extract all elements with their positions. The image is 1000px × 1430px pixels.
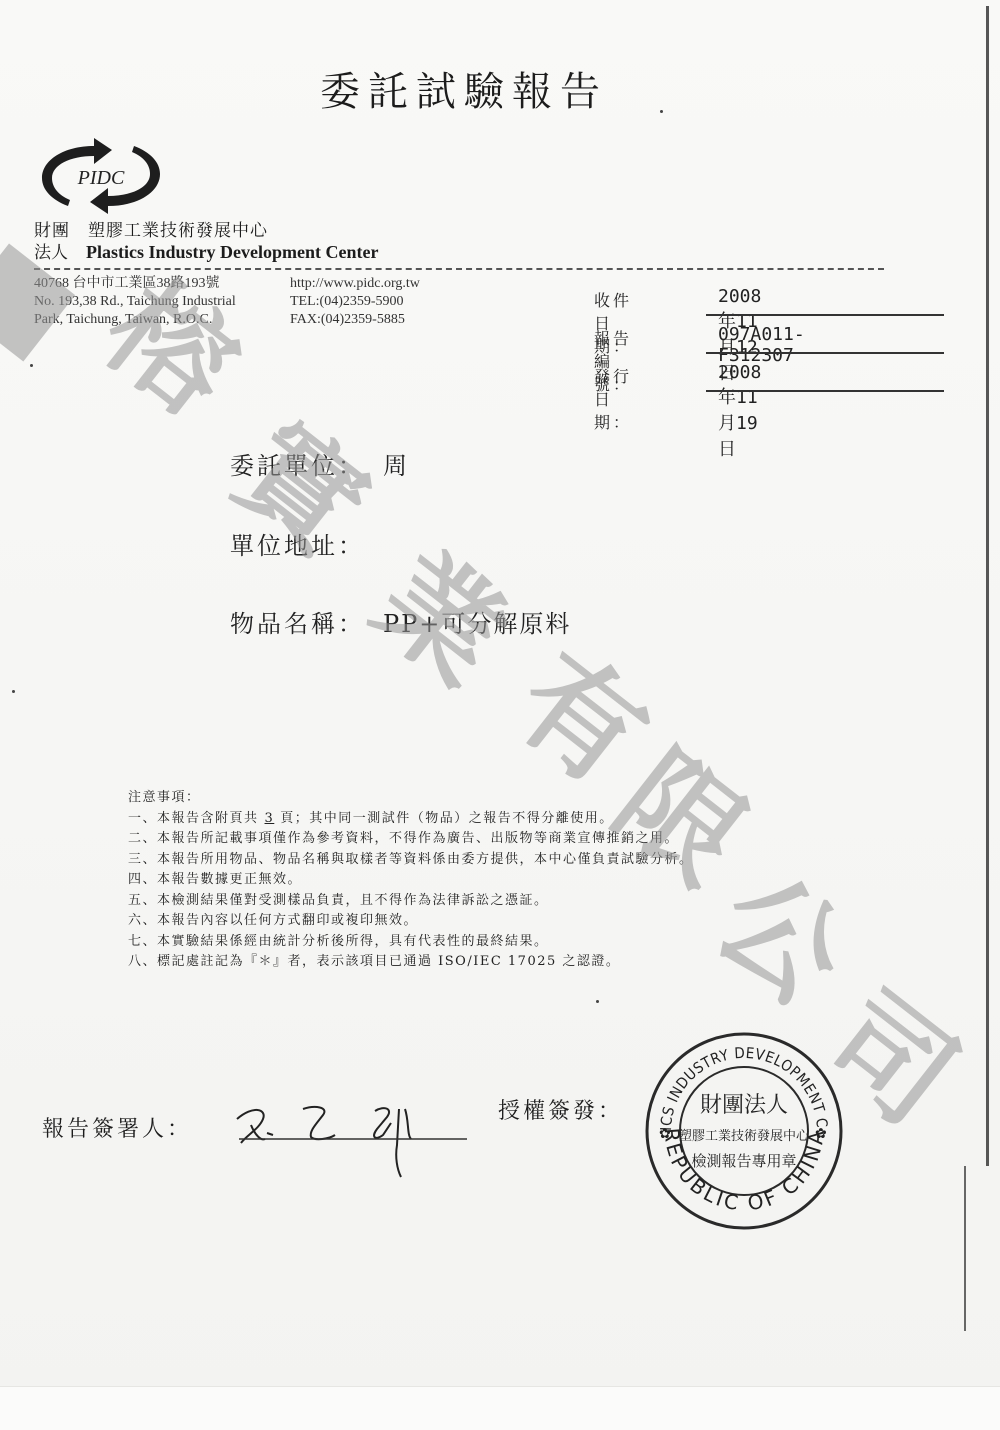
- svg-text:財團法人: 財團法人: [700, 1093, 788, 1118]
- website-link[interactable]: http://www.pidc.org.tw: [290, 275, 420, 293]
- note-item: 八、標記處註記為『＊』者，表示該項目已通過 ISO/IEC 17025 之認證。: [128, 952, 694, 973]
- note-item: 七、本實驗結果係經由統計分析後所得，具有代表性的最終結果。: [128, 932, 694, 953]
- note-item: 三、本報告所用物品、物品名稱與取樣者等資料係由委方提供，本中心僅負責試驗分析。: [128, 850, 694, 871]
- org-name-en: 法人Plastics Industry Development Center: [34, 238, 378, 263]
- field-client-address: 單位地址：: [230, 526, 383, 561]
- notes-heading: 注意事項：: [128, 788, 694, 809]
- field-client: 委託單位：周: [230, 446, 409, 481]
- org-address: 40768 台中市工業區38路193號 No. 193,38 Rd., Taic…: [34, 275, 236, 329]
- page-border-right: [986, 6, 989, 1166]
- handwritten-signature: [225, 1095, 475, 1185]
- header-divider: [34, 268, 884, 270]
- paper-edge: [0, 1386, 1000, 1430]
- document-page: 委託試驗報告 PIDC 財團塑膠工業技術發展中心 法人Plastics Indu…: [0, 0, 1000, 1430]
- org-contact: http://www.pidc.org.tw TEL:(04)2359-5900…: [290, 275, 420, 329]
- svg-text:塑膠工業技術發展中心: 塑膠工業技術發展中心: [679, 1128, 810, 1144]
- note-item: 四、本報告數據更正無效。: [128, 870, 694, 891]
- note-item: 六、本報告內容以任何方式翻印或複印無效。: [128, 911, 694, 932]
- note-item: 二、本報告所記載事項僅作為參考資料，不得作為廣告、出版物等商業宣傳推銷之用。: [128, 829, 694, 850]
- note-item: 一、本報告含附頁共3頁；其中同一測試件（物品）之報告不得分離使用。: [128, 809, 694, 830]
- document-title: 委託試驗報告: [320, 60, 608, 117]
- note-item: 五、本檢測結果僅對受測樣品負責，且不得作為法律訴訟之憑証。: [128, 891, 694, 912]
- official-seal-icon: PLASTICS INDUSTRY DEVELOPMENT CENTER REP…: [643, 1030, 845, 1232]
- field-item-name: 物品名稱：PP+可分解原料: [230, 604, 571, 639]
- svg-text:✿: ✿: [815, 1126, 827, 1142]
- notes-section: 注意事項： 一、本報告含附頁共3頁；其中同一測試件（物品）之報告不得分離使用。 …: [128, 788, 694, 973]
- svg-text:檢測報告專用章: 檢測報告專用章: [691, 1152, 796, 1170]
- authorized-label: 授權簽發：: [498, 1094, 623, 1125]
- svg-text:PIDC: PIDC: [77, 167, 125, 189]
- signer-label: 報告簽署人：: [42, 1112, 192, 1143]
- page-border-right-lower: [964, 1166, 966, 1331]
- company-watermark: ■ 榕 實 業 有 限 公 司: [0, 0, 1000, 1430]
- pidc-logo-icon: PIDC: [36, 138, 166, 214]
- svg-text:✿: ✿: [659, 1126, 671, 1142]
